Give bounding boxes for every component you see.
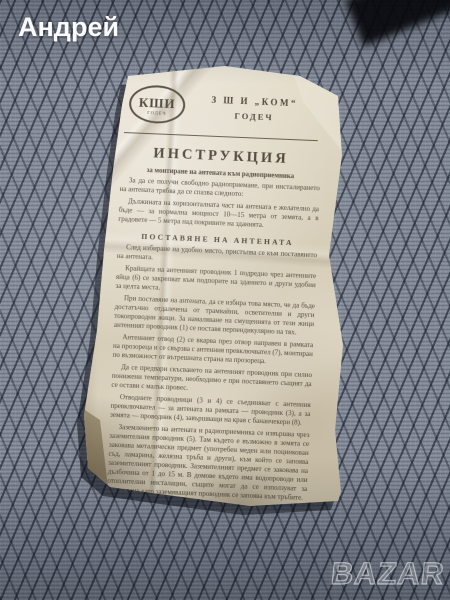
body-paragraph: Да се предвари скъсването на антенният п…: [111, 363, 312, 398]
intro-paragraph: Дължината на хоризонталната част на анте…: [118, 197, 319, 232]
factory-logo-oval: КШИ ГОДЕЧ: [128, 84, 186, 124]
body-paragraph: Крайщата на антенният проводник 1 подред…: [115, 264, 316, 299]
bazar-watermark: BAZAR: [329, 556, 446, 592]
header-divider: [124, 132, 318, 141]
document-body: За да се получи свободно радиоприемане, …: [107, 176, 320, 503]
body-paragraph: Антенният отвод (2) се вкарва през отвор…: [112, 333, 313, 368]
listing-photo: КШИ ГОДЕЧ З Ш И „КОМ“ ГОДЕЧ ИНСТРУКЦИЯ з…: [0, 0, 450, 600]
document-header: КШИ ГОДЕЧ З Ш И „КОМ“ ГОДЕЧ: [128, 84, 323, 130]
factory-logo-city: ГОДЕЧ: [147, 110, 166, 116]
body-paragraph: При поставяне на антената, да се избира …: [114, 294, 315, 338]
document-title: ИНСТРУКЦИЯ: [121, 144, 322, 169]
org-name: З Ш И „КОМ“: [211, 94, 298, 108]
org-city: ГОДЕЧ: [211, 109, 298, 123]
body-paragraph: Отводните проводници (3 и 4) се съединяв…: [110, 393, 311, 428]
seller-name: Андрей: [18, 12, 119, 43]
document-content: КШИ ГОДЕЧ З Ш И „КОМ“ ГОДЕЧ ИНСТРУКЦИЯ з…: [107, 84, 324, 503]
org-block: З Ш И „КОМ“ ГОДЕЧ: [211, 94, 299, 123]
